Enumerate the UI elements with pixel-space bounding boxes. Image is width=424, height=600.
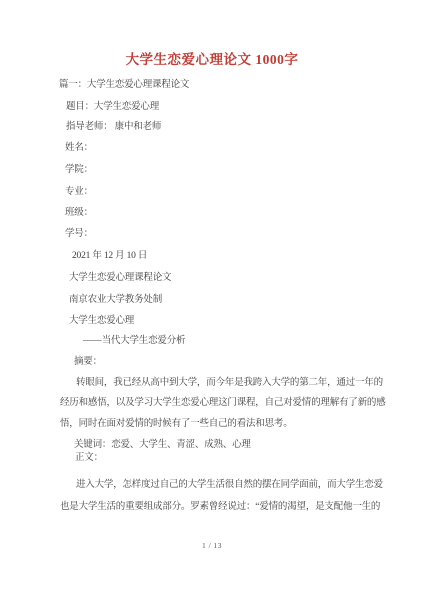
field-student-no: 学号： bbox=[65, 228, 93, 241]
paper-title: 大学生恋爱心理 bbox=[69, 315, 134, 328]
field-topic: 题目：大学生恋爱心理 bbox=[66, 101, 159, 114]
course-line: 大学生恋爱心理课程论文 bbox=[69, 272, 171, 285]
abstract-label: 摘要： bbox=[74, 356, 102, 369]
abstract-line: 经历和感悟，以及学习大学生恋爱心理这门课程，自己对爱情的理解有了新的感 bbox=[60, 397, 386, 410]
paper-subtitle: ——当代大学生恋爱分析 bbox=[83, 335, 185, 348]
body-line: 也是大学生活的重要组成部分。罗素曾经说过：“爱情的渴望，是支配他一生的 bbox=[60, 501, 380, 514]
document-page: 大学生恋爱心理论文 1000字 篇一：大学生恋爱心理课程论文 题目：大学生恋爱心… bbox=[0, 0, 424, 600]
field-major: 专业： bbox=[65, 186, 93, 199]
page-number: 1 / 13 bbox=[0, 541, 424, 550]
section-heading: 篇一：大学生恋爱心理课程论文 bbox=[59, 79, 189, 92]
keywords-line: 关键词：恋爱、大学生、青涩、成熟、心理 bbox=[74, 439, 251, 452]
date-line: 2021 年 12 月 10 日 bbox=[72, 250, 147, 263]
field-college: 学院： bbox=[65, 164, 93, 177]
abstract-line: 悟，同时在面对爱情的时候有了一些自己的看法和思考。 bbox=[60, 418, 293, 431]
body-line: 进入大学，怎样度过自己的大学生活很自然的摆在同学面前，而大学生恋爱 bbox=[76, 479, 383, 492]
field-advisor: 指导老师： 康中和老师 bbox=[66, 121, 161, 134]
body-label: 正文： bbox=[75, 452, 103, 465]
abstract-line: 转眼间，我已经从高中到大学，而今年是我跨入大学的第二年，通过一年的 bbox=[76, 377, 383, 390]
field-class: 班级： bbox=[65, 207, 93, 220]
field-name: 姓名： bbox=[65, 142, 93, 155]
issuer-line: 南京农业大学教务处制 bbox=[69, 294, 162, 307]
page-title: 大学生恋爱心理论文 1000字 bbox=[0, 48, 424, 68]
